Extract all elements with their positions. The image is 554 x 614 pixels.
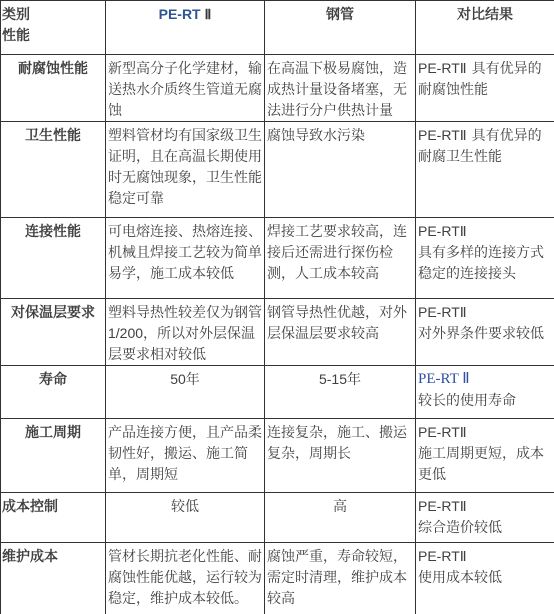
header-pert-name: PE-RT	[159, 6, 201, 22]
result-cell: PE-RTⅡ具有优异的耐腐卫生性能	[416, 122, 554, 218]
result-cell: PE-RTⅡ具有多样的连接方式稳定的连接接头	[416, 218, 554, 299]
result-text: 使用成本较低	[418, 569, 502, 585]
result-lead: PE-RTⅡ	[418, 127, 467, 143]
table-row-construction-period: 施工周期 产品连接方便，且产品柔韧性好，搬运、施工简单，周期短 连接复杂，施工、…	[1, 419, 554, 493]
row-label: 连接性能	[1, 218, 106, 299]
comparison-page: 类别 性能 PE-RT Ⅱ 钢管 对比结果 耐腐蚀性能 新型高分子化学建材，输送…	[0, 0, 554, 614]
table-row-maintenance-cost: 维护成本 管材长期抗老化性能、耐腐蚀性能优越，运行较为稳定，维护成本较低。 腐蚀…	[1, 543, 554, 614]
result-cell: PE-RTⅡ施工周期更短，成本更低	[416, 419, 554, 493]
pert-cell: 塑料管材均有国家级卫生证明，且在高温长期使用时无腐蚀现象，卫生性能稳定可靠	[106, 122, 265, 218]
steel-cell: 连接复杂，施工、搬运复杂，周期长	[265, 419, 416, 493]
result-text: 较长的使用寿命	[418, 392, 516, 408]
table-row-cost-control: 成本控制 较低 高 PE-RTⅡ综合造价较低	[1, 493, 554, 543]
result-cell: PE-RTⅡ使用成本较低	[416, 543, 554, 614]
row-label: 维护成本	[1, 543, 106, 614]
row-label: 寿命	[1, 366, 106, 419]
result-lead: PE-RTⅡ	[418, 422, 552, 443]
header-pert-roman-numeral: Ⅱ	[205, 6, 212, 22]
result-text: 综合造价较低	[418, 519, 502, 535]
result-text: 对外界条件要求较低	[418, 325, 544, 341]
pert-cell: 50年	[106, 366, 265, 419]
pert-cell: 塑料导热性较差仅为钢管1/200，所以对外层保温层要求相对较低	[106, 299, 265, 366]
steel-cell: 钢管导热性优越，对外层保温层要求较高	[265, 299, 416, 366]
result-lead: PE-RTⅡ	[418, 496, 552, 517]
table-row-insulation: 对保温层要求 塑料导热性较差仅为钢管1/200，所以对外层保温层要求相对较低 钢…	[1, 299, 554, 366]
result-cell: PE-RTⅡ综合造价较低	[416, 493, 554, 543]
table-row-hygiene: 卫生性能 塑料管材均有国家级卫生证明，且在高温长期使用时无腐蚀现象，卫生性能稳定…	[1, 122, 554, 218]
table-row-connection: 连接性能 可电熔连接、热熔连接、机械且焊接工艺较为简单易学，施工成本较低 焊接工…	[1, 218, 554, 299]
row-label: 对保温层要求	[1, 299, 106, 366]
steel-cell: 焊接工艺要求较高，连接后还需进行探伤检测，人工成本较高	[265, 218, 416, 299]
steel-cell: 在高温下极易腐蚀，造成热计量设备堵塞，无法进行分户供热计量	[265, 55, 416, 122]
result-text: 具有多样的连接方式稳定的连接接头	[418, 244, 544, 281]
row-label: 施工周期	[1, 419, 106, 493]
header-category-line2: 性能	[2, 25, 103, 46]
header-steel: 钢管	[265, 1, 416, 55]
pert-cell: 可电熔连接、热熔连接、机械且焊接工艺较为简单易学，施工成本较低	[106, 218, 265, 299]
result-lead: PE-RTⅡ	[418, 302, 552, 323]
steel-cell: 高	[265, 493, 416, 543]
pert-cell: 管材长期抗老化性能、耐腐蚀性能优越，运行较为稳定，维护成本较低。	[106, 543, 265, 614]
result-lead: PE-RTⅡ	[418, 221, 552, 242]
row-label: 成本控制	[1, 493, 106, 543]
result-cell: PE-RTⅡ对外界条件要求较低	[416, 299, 554, 366]
result-cell: PE-RTⅡ具有优异的耐腐蚀性能	[416, 55, 554, 122]
pert-cell: 新型高分子化学建材，输送热水介质终生管道无腐蚀	[106, 55, 265, 122]
header-result: 对比结果	[416, 1, 554, 55]
result-text: 施工周期更短，成本更低	[418, 445, 544, 482]
result-lead: PE-RT Ⅱ	[418, 369, 552, 390]
result-cell: PE-RT Ⅱ较长的使用寿命	[416, 366, 554, 419]
pert-cell: 较低	[106, 493, 265, 543]
steel-cell: 腐蚀严重，寿命较短，需定时清理，维护成本较高	[265, 543, 416, 614]
pert-cell: 产品连接方便，且产品柔韧性好，搬运、施工简单，周期短	[106, 419, 265, 493]
row-label: 卫生性能	[1, 122, 106, 218]
result-lead: PE-RTⅡ	[418, 546, 552, 567]
steel-cell: 5-15年	[265, 366, 416, 419]
pert-vs-steel-comparison-table: 类别 性能 PE-RT Ⅱ 钢管 对比结果 耐腐蚀性能 新型高分子化学建材，输送…	[0, 0, 554, 614]
result-lead: PE-RTⅡ	[418, 60, 467, 76]
row-label: 耐腐蚀性能	[1, 55, 106, 122]
header-pert: PE-RT Ⅱ	[106, 1, 265, 55]
header-category-line1: 类别	[2, 4, 103, 25]
table-row-corrosion: 耐腐蚀性能 新型高分子化学建材，输送热水介质终生管道无腐蚀 在高温下极易腐蚀，造…	[1, 55, 554, 122]
steel-cell: 腐蚀导致水污染	[265, 122, 416, 218]
table-header-row: 类别 性能 PE-RT Ⅱ 钢管 对比结果	[1, 1, 554, 55]
header-category: 类别 性能	[1, 1, 106, 55]
table-row-lifespan: 寿命 50年 5-15年 PE-RT Ⅱ较长的使用寿命	[1, 366, 554, 419]
